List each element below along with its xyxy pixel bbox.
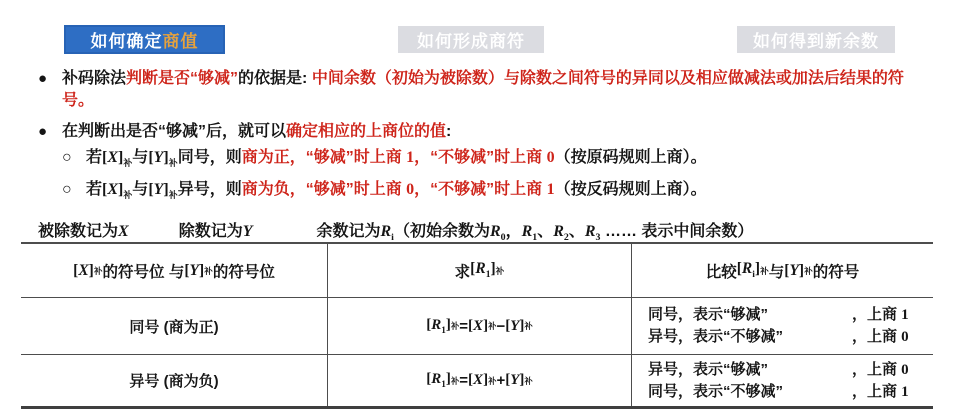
text-segment: （按反码规则上商）。: [555, 181, 707, 198]
hollow-bullet-icon: ○: [62, 146, 86, 170]
text-segment: 若[X]补与[Y]补异号，则: [86, 181, 242, 198]
hollow-bullet-icon: ○: [62, 178, 86, 202]
text-segment: 商为负，“够减”时上商 0，“不够减”时上商 1: [242, 181, 555, 198]
tab-label-prefix: 如何确定: [91, 27, 163, 52]
notes-section: ● 补码除法判断是否“够减”的依据是: 中间余数（初始为被除数）与除数之间符号的…: [38, 68, 930, 250]
tab-label: 如何得到新余数: [753, 27, 879, 52]
bullet-determine-quotient-bit: ● 在判断出是否“够减”后，就可以确定相应的上商位的值:: [38, 121, 930, 143]
text-segment: 判断是否“够减”: [126, 70, 238, 87]
bullet-text: 若[X]补与[Y]补异号，则商为负，“够减”时上商 0，“不够减”时上商 1（按…: [86, 178, 930, 207]
text-segment: 确定相应的上商位的值: [286, 123, 446, 140]
text-segment: 若[X]补与[Y]补同号，则: [86, 149, 242, 166]
compare-condition: 异号，表示“不够减”: [648, 326, 852, 348]
quotient-bit-result: ，上商 1: [852, 381, 909, 403]
tab-label-highlight: 商值: [163, 27, 199, 52]
text-segment: :: [446, 123, 451, 140]
bullet-text: 在判断出是否“够减”后，就可以确定相应的上商位的值:: [62, 121, 930, 143]
division-rule-table: [X]补 的符号位 与 [Y]补 的符号位 求 [R1]补 比较 [Ri]补 与…: [21, 242, 933, 409]
compare-condition: 同号，表示“够减”: [648, 304, 852, 326]
compare-condition: 同号，表示“不够减”: [648, 381, 852, 403]
table-cell-formula-add: [R1]补 = [X]补 + [Y]补: [328, 355, 632, 406]
compare-result-line: 同号，表示“不够减”，上商 1: [648, 381, 909, 403]
text-segment: 商为正，“够减”时上商 1，“不够减”时上商 0: [242, 149, 555, 166]
table-cell-compare-row1: 同号，表示“够减”，上商 1异号，表示“不够减”，上商 0: [632, 298, 933, 355]
table-header-compute-r1: 求 [R1]补: [328, 244, 632, 298]
tab-get-new-remainder[interactable]: 如何得到新余数: [737, 26, 895, 53]
table-cell-formula-subtract: [R1]补 = [X]补 − [Y]补: [328, 298, 632, 355]
compare-result-line: 同号，表示“够减”，上商 1: [648, 304, 909, 326]
table-cell-sign-diff: 异号 (商为负): [21, 355, 328, 406]
compare-result-line: 异号，表示“够减”，上商 0: [648, 359, 909, 381]
compare-result-line: 异号，表示“不够减”，上商 0: [648, 326, 909, 348]
compare-condition: 异号，表示“够减”: [648, 359, 852, 381]
bullet-text: 若[X]补与[Y]补同号，则商为正，“够减”时上商 1，“不够减”时上商 0（按…: [86, 146, 930, 175]
text-segment: 的依据是:: [238, 70, 312, 87]
filled-bullet-icon: ●: [38, 121, 62, 143]
tab-form-quotient-sign[interactable]: 如何形成商符: [398, 26, 544, 53]
subbullet-same-sign-rule: ○ 若[X]补与[Y]补同号，则商为正，“够减”时上商 1，“不够减”时上商 0…: [62, 146, 930, 175]
subbullet-diff-sign-rule: ○ 若[X]补与[Y]补异号，则商为负，“够减”时上商 0，“不够减”时上商 1…: [62, 178, 930, 207]
bullet-text: 补码除法判断是否“够减”的依据是: 中间余数（初始为被除数）与除数之间符号的异同…: [62, 68, 930, 112]
table-header-sign-bits: [X]补 的符号位 与 [Y]补 的符号位: [21, 244, 328, 298]
quotient-bit-result: ，上商 1: [852, 304, 909, 326]
text-segment: （按原码规则上商）。: [555, 149, 707, 166]
filled-bullet-icon: ●: [38, 68, 62, 90]
table-header-compare-signs: 比较 [Ri]补 与 [Y]补 的符号: [632, 244, 933, 298]
tab-label: 如何形成商符: [417, 27, 525, 52]
tab-determine-quotient-value[interactable]: 如何确定商值: [64, 25, 225, 54]
text-segment: 在判断出是否“够减”后，就可以: [62, 123, 286, 140]
bullet-basis-of-judgement: ● 补码除法判断是否“够减”的依据是: 中间余数（初始为被除数）与除数之间符号的…: [38, 68, 930, 112]
table-cell-compare-row2: 异号，表示“够减”，上商 0同号，表示“不够减”，上商 1: [632, 355, 933, 406]
table-cell-sign-same: 同号 (商为正): [21, 298, 328, 355]
quotient-bit-result: ，上商 0: [852, 326, 909, 348]
quotient-bit-result: ，上商 0: [852, 359, 909, 381]
text-segment: 补码除法: [62, 70, 126, 87]
